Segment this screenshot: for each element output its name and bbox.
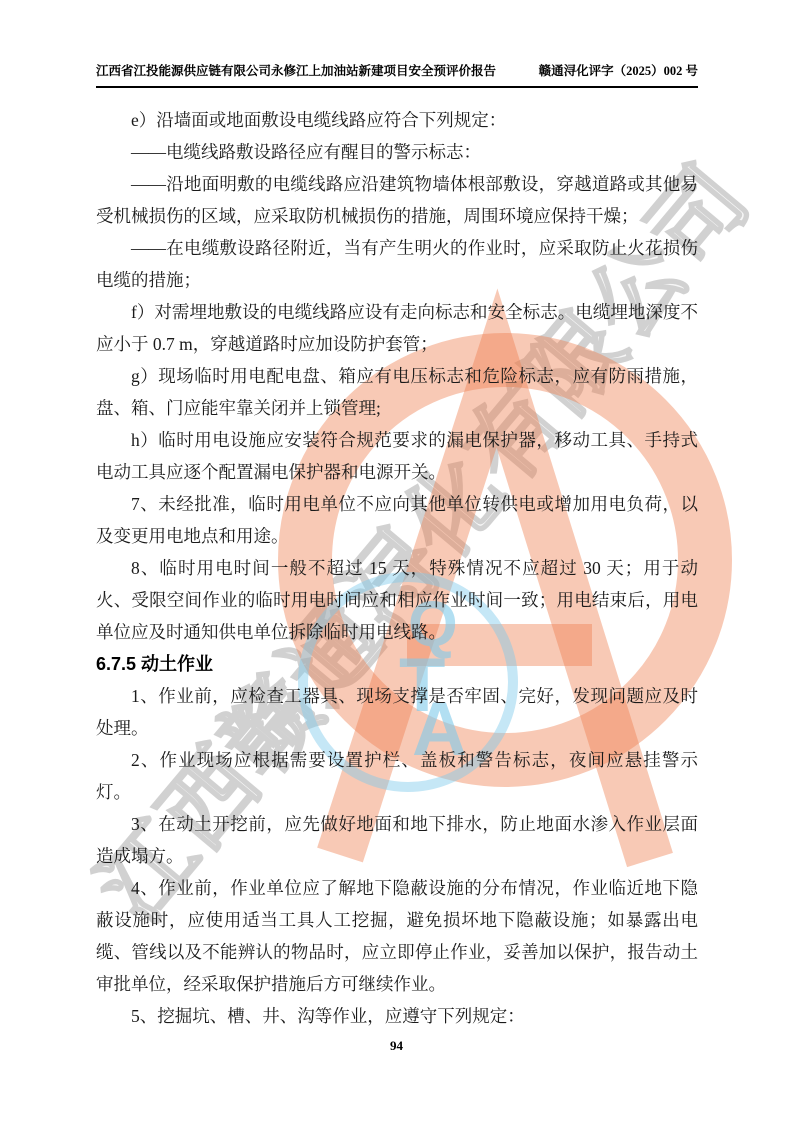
paragraph: f）对需埋地敷设的电缆线路应设有走向标志和安全标志。电缆埋地深度不应小于 0.7… [96, 296, 698, 360]
paragraph: 8、临时用电时间一般不超过 15 天，特殊情况不应超过 30 天；用于动火、受限… [96, 552, 698, 648]
paragraph: 4、作业前，作业单位应了解地下隐蔽设施的分布情况，作业临近地下隐蔽设施时，应使用… [96, 872, 698, 1000]
paragraph: ——沿地面明敷的电缆线路应沿建筑物墙体根部敷设，穿越道路或其他易受机械损伤的区域… [96, 168, 698, 232]
paragraph: 5、挖掘坑、槽、井、沟等作业，应遵守下列规定： [96, 1000, 698, 1032]
paragraph: 3、在动土开挖前，应先做好地面和地下排水，防止地面水渗入作业层面造成塌方。 [96, 808, 698, 872]
document-page: 江西赣通浔化有限公司 Q T A 江西省江投能源供应链有限公司永修江上加油站新建… [0, 0, 793, 1122]
paragraph: ——在电缆敷设路径附近，当有产生明火的作业时，应采取防止火花损伤电缆的措施； [96, 232, 698, 296]
page-number: 94 [0, 1038, 793, 1054]
paragraph: e）沿墙面或地面敷设电缆线路应符合下列规定： [96, 104, 698, 136]
document-body: e）沿墙面或地面敷设电缆线路应符合下列规定：——电缆线路敷设路径应有醒目的警示标… [96, 104, 698, 1032]
paragraph: h）临时用电设施应安装符合规范要求的漏电保护器，移动工具、手持式电动工具应逐个配… [96, 424, 698, 488]
paragraph: ——电缆线路敷设路径应有醒目的警示标志： [96, 136, 698, 168]
paragraph: 1、作业前，应检查工器具、现场支撑是否牢固、完好，发现问题应及时处理。 [96, 680, 698, 744]
header-divider [96, 86, 698, 88]
header-doc-number: 赣通浔化评字（2025）002 号 [539, 61, 698, 79]
paragraph: g）现场临时用电配电盘、箱应有电压标志和危险标志，应有防雨措施，盘、箱、门应能牢… [96, 360, 698, 424]
header-report-title: 江西省江投能源供应链有限公司永修江上加油站新建项目安全预评价报告 [96, 61, 496, 79]
section-heading: 6.7.5 动土作业 [96, 648, 698, 680]
paragraph: 2、作业现场应根据需要设置护栏、盖板和警告标志，夜间应悬挂警示灯。 [96, 744, 698, 808]
page-header: 江西省江投能源供应链有限公司永修江上加油站新建项目安全预评价报告 赣通浔化评字（… [96, 61, 698, 79]
paragraph: 7、未经批准，临时用电单位不应向其他单位转供电或增加用电负荷，以及变更用电地点和… [96, 488, 698, 552]
